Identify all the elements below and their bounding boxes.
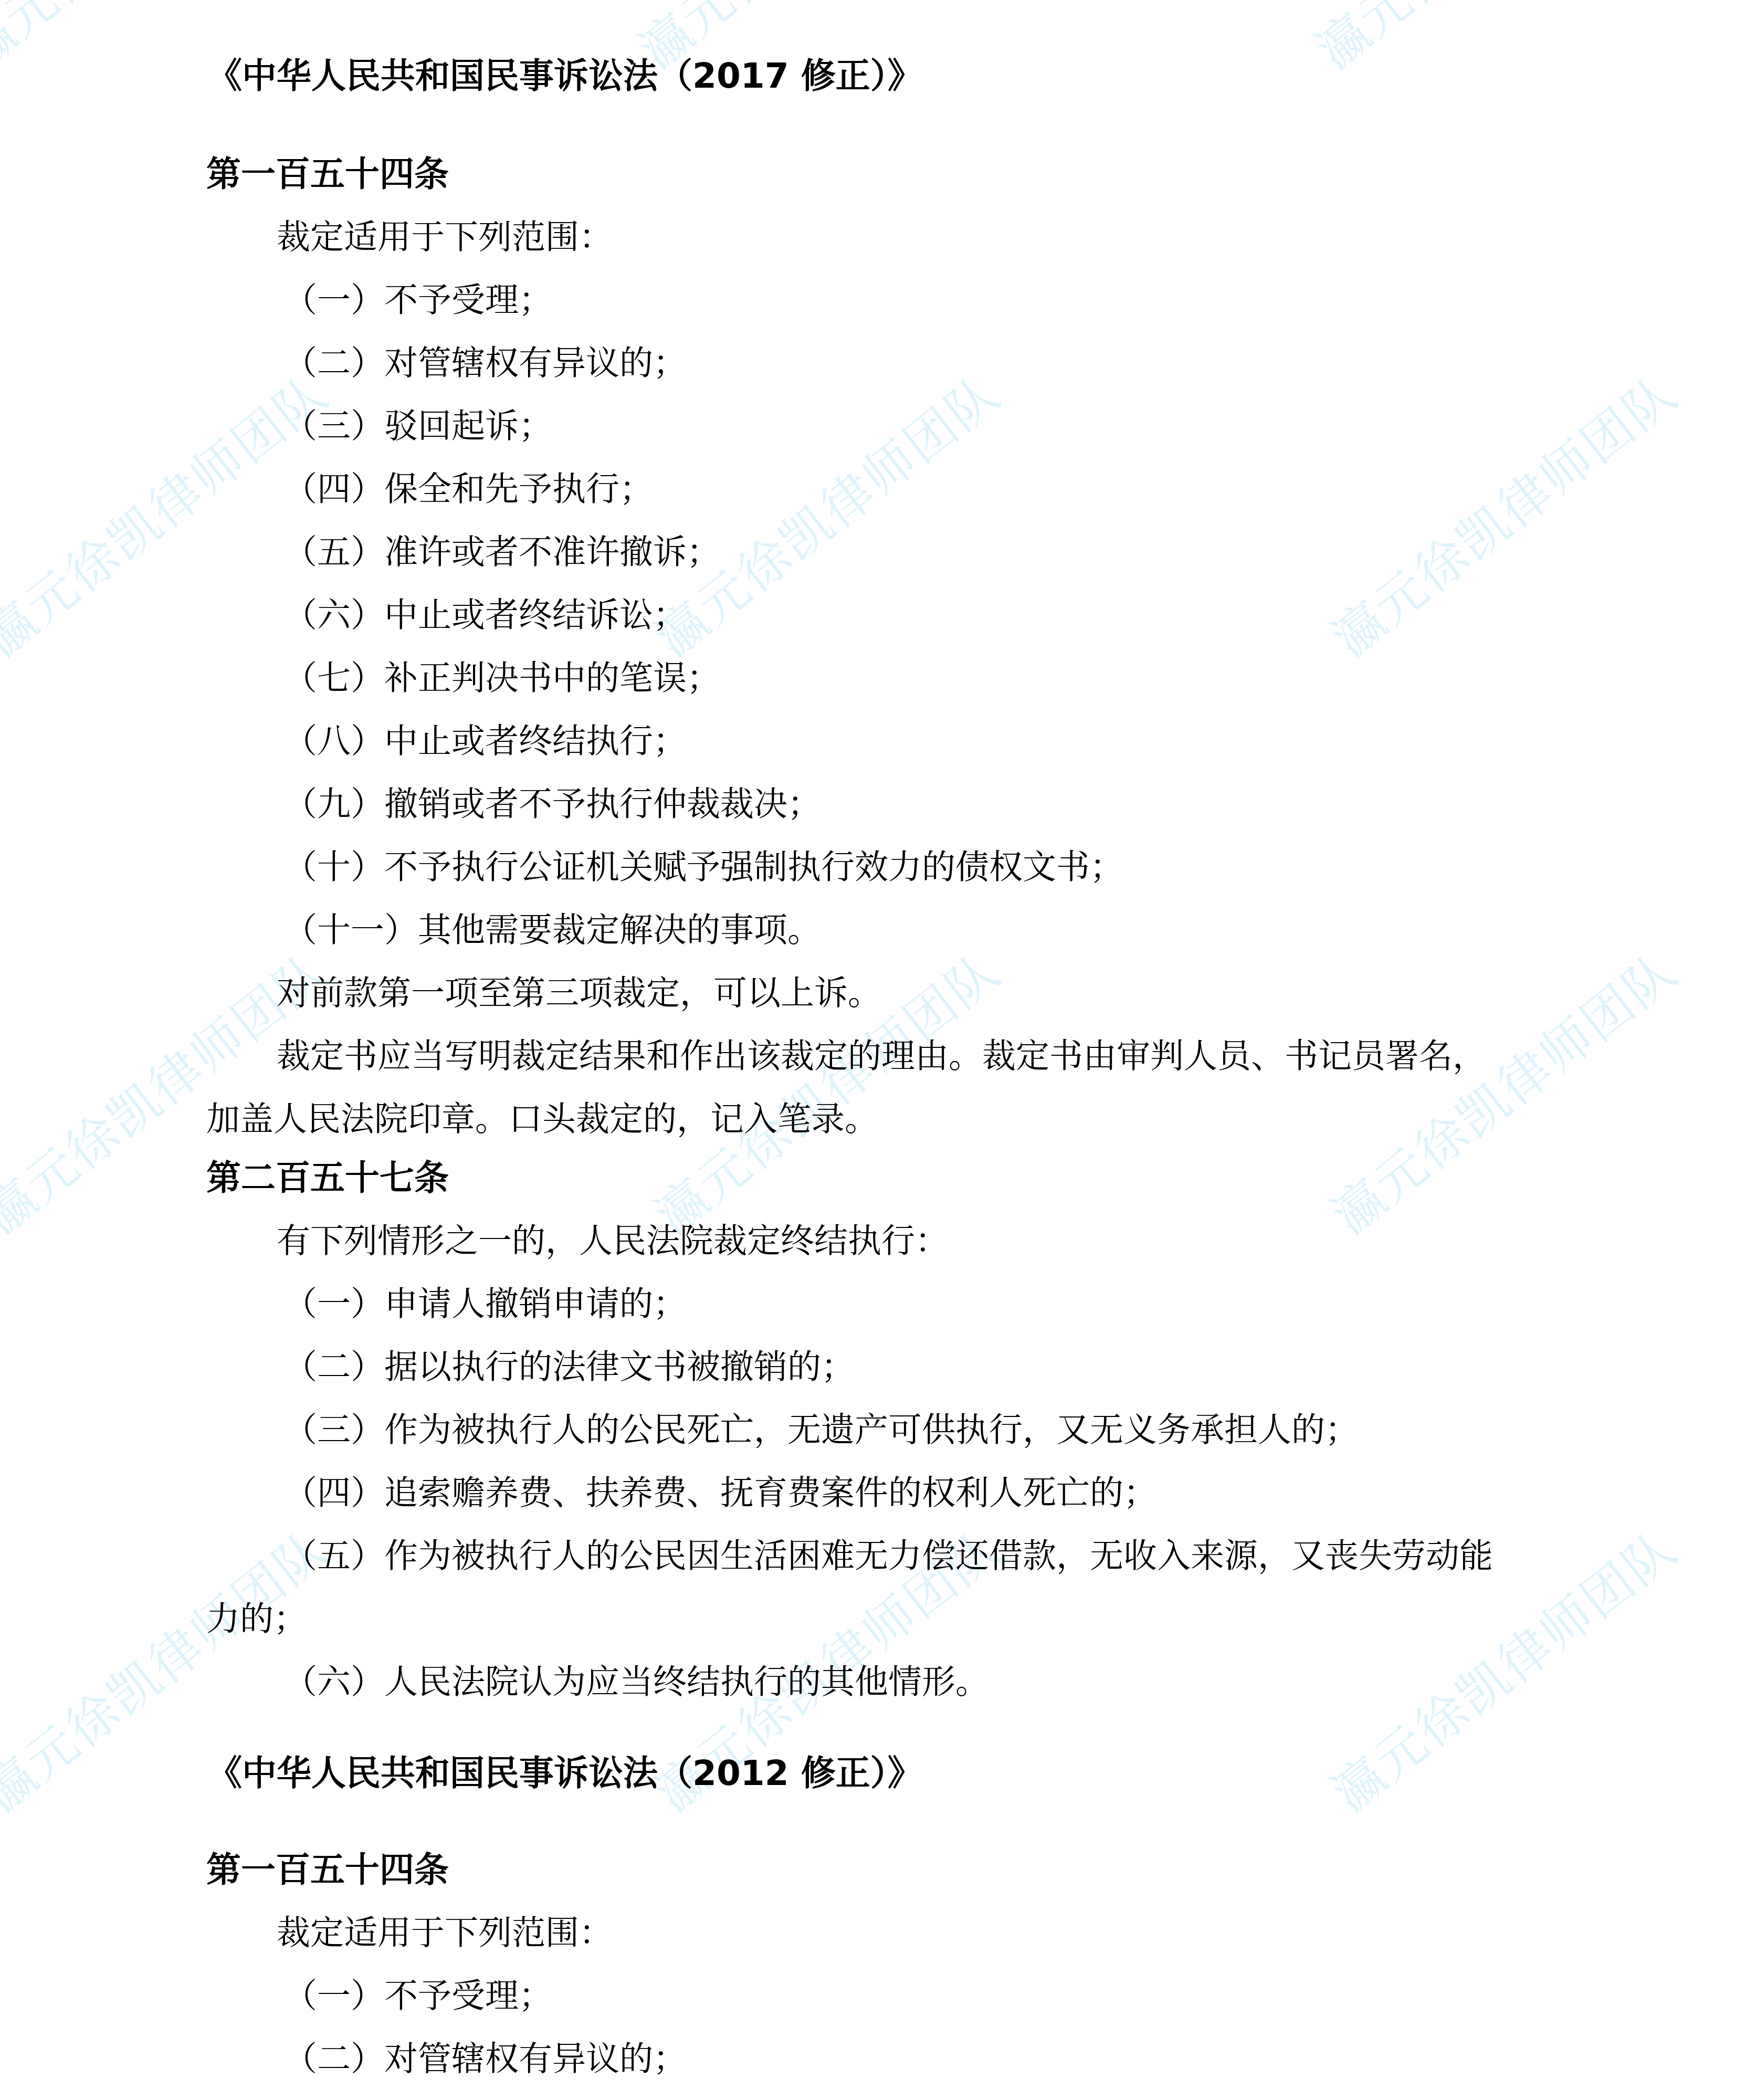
article-heading: 第一百五十四条 <box>206 153 449 195</box>
paragraph-continuation: 加盖人民法院印章。口头裁定的，记入笔录。 <box>206 1098 878 1140</box>
paragraph: 裁定适用于下列范围： <box>277 216 613 258</box>
list-item: （五）准许或者不准许撤诉； <box>283 531 720 573</box>
list-item: （六）人民法院认为应当终结执行的其他情形。 <box>283 1661 989 1703</box>
watermark: 瀛元徐凯律师团队 <box>638 355 1014 670</box>
list-item: （十一）其他需要裁定解决的事项。 <box>283 909 821 951</box>
list-item: （六）中止或者终结诉讼； <box>283 594 687 636</box>
list-item: （四）保全和先予执行； <box>283 468 653 510</box>
list-item: （二）对管辖权有异议的； <box>283 342 687 384</box>
list-item-continuation: 力的； <box>206 1598 307 1640</box>
watermark: 瀛元徐凯律师团队 <box>1316 355 1691 670</box>
list-item: （一）不予受理； <box>283 1975 552 2017</box>
list-item: （二）对管辖权有异议的； <box>283 2038 687 2080</box>
watermark: 瀛元徐凯律师团队 <box>1300 0 1675 82</box>
list-item: （十）不予执行公证机关赋予强制执行效力的债权文书； <box>283 846 1123 888</box>
list-item: （五）作为被执行人的公民因生活困难无力偿还借款，无收入来源，又丧失劳动能 <box>283 1535 1493 1577</box>
section-title: 《中华人民共和国民事诉讼法（2012 修正）》 <box>207 1752 922 1794</box>
list-item: （四）追索赡养费、扶养费、抚育费案件的权利人死亡的； <box>283 1472 1157 1514</box>
list-item: （一）申请人撤销申请的； <box>283 1283 687 1325</box>
list-item: （二）据以执行的法律文书被撤销的； <box>283 1346 855 1388</box>
paragraph: 有下列情形之一的，人民法院裁定终结执行： <box>277 1220 949 1262</box>
list-item: （一）不予受理； <box>283 279 552 321</box>
paragraph: 裁定书应当写明裁定结果和作出该裁定的理由。裁定书由审判人员、书记员署名， <box>277 1035 1486 1077</box>
article-heading: 第一百五十四条 <box>206 1849 449 1891</box>
watermark: 瀛元徐凯律师团队 <box>1316 933 1691 1248</box>
section-title: 《中华人民共和国民事诉讼法（2017 修正）》 <box>207 55 922 97</box>
paragraph: 裁定适用于下列范围： <box>277 1912 613 1954</box>
list-item: （九）撤销或者不予执行仲裁裁决； <box>283 783 821 825</box>
list-item: （七）补正判决书中的笔误； <box>283 657 720 699</box>
list-item: （八）中止或者终结执行； <box>283 720 687 762</box>
article-heading: 第二百五十七条 <box>206 1157 449 1199</box>
list-item: （三）作为被执行人的公民死亡，无遗产可供执行，又无义务承担人的； <box>283 1409 1359 1451</box>
list-item: （三）驳回起诉； <box>283 405 552 447</box>
paragraph: 对前款第一项至第三项裁定，可以上诉。 <box>277 972 881 1014</box>
